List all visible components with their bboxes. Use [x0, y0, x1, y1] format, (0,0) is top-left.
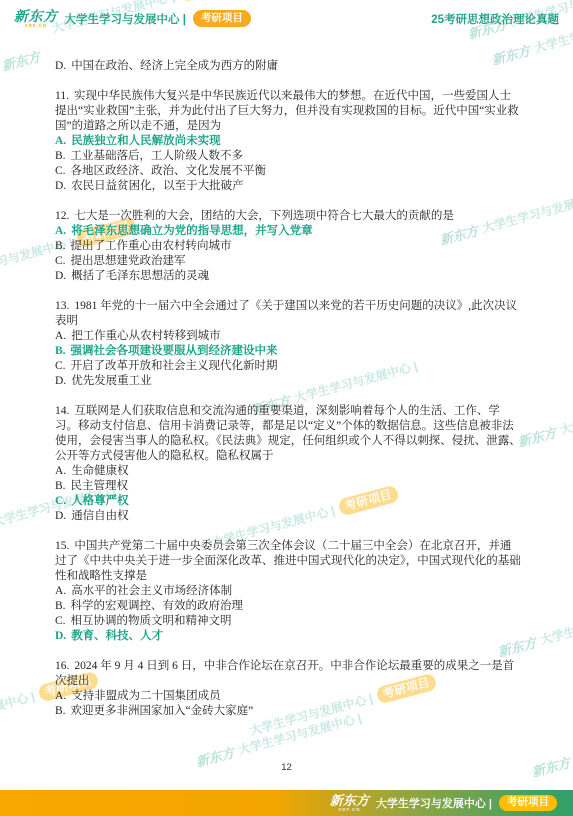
watermark-logo: 新东方 — [516, 422, 559, 450]
question-stem: 11.实现中华民族伟大复兴是中华民族近代以来最伟大的梦想。在近代中国，一些爱国人… — [55, 89, 521, 134]
question-stem: 15.中国共产党第二十届中央委员会第三次全体会议（二十届三中全会）在北京召开，并… — [55, 539, 521, 584]
option-label: D. — [55, 630, 66, 642]
option-text: 欢迎更多非洲国家加入“金砖大家庭” — [71, 705, 254, 717]
option-text: 农民日益贫困化，以至于大批破产 — [71, 180, 244, 192]
option-row: D.优先发展重工业 — [55, 374, 521, 389]
option-row: B.欢迎更多非洲国家加入“金砖大家庭” — [55, 704, 521, 719]
question-text: 互联网是人们获取信息和交流沟通的重要渠道，深刻影响着每个人的生活、工作、学习。移… — [55, 405, 521, 462]
option-row: D.概括了毛泽东思想活的灵魂 — [55, 269, 521, 284]
question-stem: 12.七大是一次胜利的大会，团结的大会，下列选项中符合七大最大的贡献的是 — [55, 209, 521, 224]
question-number: 11. — [55, 90, 69, 102]
question-text: 七大是一次胜利的大会，团结的大会，下列选项中符合七大最大的贡献的是 — [74, 210, 454, 222]
option-text: 开启了改革开放和社会主义现代化新时期 — [71, 360, 278, 372]
option-row: C.开启了改革开放和社会主义现代化新时期 — [55, 359, 521, 374]
watermark-text: 大学生学习与发展中心 | — [558, 389, 573, 438]
option-text: 工业基础落后，工人阶级人数不多 — [71, 150, 244, 162]
option-row: D.中国在政治、经济上完全成为西方的附庸 — [55, 59, 521, 74]
org-label: 大学生学习与发展中心 | — [376, 795, 492, 811]
xdf-logo-subtext: XDF.CN — [25, 24, 47, 29]
option-label: D. — [55, 375, 66, 387]
option-row-answer: C.人格尊严权 — [55, 494, 521, 509]
option-row: C.相互协调的物质文明和精神文明 — [55, 614, 521, 629]
question-number: 16. — [55, 660, 69, 672]
option-label: B. — [55, 150, 66, 162]
xdf-logo-subtext: XDF.CN — [338, 808, 360, 813]
option-text: 通信自由权 — [71, 510, 129, 522]
option-label: A. — [55, 585, 66, 597]
question-stem: 14.互联网是人们获取信息和交流沟通的重要渠道，深刻影响着每个人的生活、工作、学… — [55, 404, 521, 464]
option-label: A. — [55, 135, 66, 147]
option-row-answer: A.将毛泽东思想确立为党的指导思想，并写入党章 — [55, 224, 521, 239]
option-row: B.工业基础落后，工人阶级人数不多 — [55, 149, 521, 164]
option-text: 将毛泽东思想确立为党的指导思想，并写入党章 — [71, 225, 313, 237]
xdf-logo-text: 新东方 — [14, 9, 58, 23]
option-row: B.民主管理权 — [55, 479, 521, 494]
question-block-11: 11.实现中华民族伟大复兴是中华民族近代以来最伟大的梦想。在近代中国，一些爱国人… — [55, 89, 521, 194]
option-row: C.提出思想建党政治建军 — [55, 254, 521, 269]
header-title: 25考研思想政治理论真题 — [431, 11, 559, 27]
option-text: 高水平的社会主义市场经济体制 — [71, 585, 232, 597]
option-row: A.生命健康权 — [55, 464, 521, 479]
option-row-answer: B.强调社会各项建设要服从到经济建设中来 — [55, 344, 521, 359]
xdf-logo-text: 新东方 — [330, 794, 369, 807]
option-label: A. — [55, 330, 66, 342]
option-row-answer: D.教育、科技、人才 — [55, 629, 521, 644]
option-label: D. — [55, 270, 66, 282]
option-row: B.科学的宏观调控、有效的政府治理 — [55, 599, 521, 614]
option-text: 概括了毛泽东思想活的灵魂 — [71, 270, 209, 282]
option-label: D. — [55, 510, 66, 522]
question-text: 中国共产党第二十届中央委员会第三次全体会议（二十届三中全会）在北京召开，并通过了… — [55, 540, 521, 582]
question-text: 2024 年 9 月 4 日到 6 日，中非合作论坛在京召开。中非合作论坛最重要… — [55, 660, 514, 687]
option-text: 相互协调的物质文明和精神文明 — [71, 615, 232, 627]
kaoyan-badge: 考研项目 — [193, 10, 251, 27]
option-label: A. — [55, 465, 66, 477]
option-label: C. — [55, 495, 66, 507]
page-header: 新东方 XDF.CN 大学生学习与发展中心 | 考研项目 25考研思想政治理论真… — [14, 9, 559, 29]
option-label: B. — [55, 345, 66, 357]
question-number: 13. — [55, 300, 69, 312]
watermark-text: 大学生学习与发展中心 | — [0, 687, 37, 736]
option-text: 民族独立和人民解放尚未实现 — [71, 135, 221, 147]
option-row: A.高水平的社会主义市场经济体制 — [55, 584, 521, 599]
question-number: 12. — [55, 210, 69, 222]
question-block-13: 13.1981 年党的十一届六中全会通过了《关于建国以来党的若干历史问题的决议》… — [55, 299, 521, 389]
watermark-text: 大学生学习与发展中心 | — [538, 599, 573, 648]
option-row: B.提出了工作重心由农村转向城市 — [55, 239, 521, 254]
question-block-15: 15.中国共产党第二十届中央委员会第三次全体会议（二十届三中全会）在北京召开，并… — [55, 539, 521, 644]
watermark: 新东方 — [0, 46, 42, 74]
question-text: 实现中华民族伟大复兴是中华民族近代以来最伟大的梦想。在近代中国，一些爱国人士提出… — [55, 90, 519, 132]
option-text: 各地区政经济、政治、文化发展不平衡 — [71, 165, 267, 177]
option-label: C. — [55, 615, 66, 627]
option-label: B. — [55, 480, 66, 492]
option-text: 中国在政治、经济上完全成为西方的附庸 — [71, 60, 278, 72]
option-text: 人格尊严权 — [71, 495, 129, 507]
option-text: 提出思想建党政治建军 — [71, 255, 186, 267]
watermark-badge: 考研项目 — [177, 0, 239, 3]
option-label: C. — [55, 360, 66, 372]
option-text: 优先发展重工业 — [71, 375, 152, 387]
page-footer: 新东方 XDF.CN 大学生学习与发展中心 | 考研项目 — [0, 790, 573, 816]
question-text: 1981 年党的十一届六中全会通过了《关于建国以来党的若干历史问题的决议》,此次… — [55, 300, 517, 327]
watermark-logo: 新东方 — [0, 46, 42, 74]
option-row: A.把工作重心从农村转移到城市 — [55, 329, 521, 344]
watermark: 新东方 大学生学习与发展中心 | — [516, 388, 573, 451]
option-text: 把工作重心从农村转移到城市 — [71, 330, 221, 342]
option-row-answer: A.民族独立和人民解放尚未实现 — [55, 134, 521, 149]
option-label: B. — [55, 240, 66, 252]
question-block-16: 16.2024 年 9 月 4 日到 6 日，中非合作论坛在京召开。中非合作论坛… — [55, 659, 521, 719]
question-block-12: 12.七大是一次胜利的大会，团结的大会，下列选项中符合七大最大的贡献的是 A.将… — [55, 209, 521, 284]
question-stem: 16.2024 年 9 月 4 日到 6 日，中非合作论坛在京召开。中非合作论坛… — [55, 659, 521, 689]
option-text: 民主管理权 — [71, 480, 129, 492]
option-text: 强调社会各项建设要服从到经济建设中来 — [71, 345, 278, 357]
option-text: 生命健康权 — [71, 465, 129, 477]
option-row: C.各地区政经济、政治、文化发展不平衡 — [55, 164, 521, 179]
option-label: D. — [55, 60, 66, 72]
question-stem: 13.1981 年党的十一届六中全会通过了《关于建国以来党的若干历史问题的决议》… — [55, 299, 521, 329]
kaoyan-badge: 考研项目 — [499, 795, 557, 812]
option-text: 教育、科技、人才 — [71, 630, 163, 642]
question-number: 14. — [55, 405, 69, 417]
option-row: D.通信自由权 — [55, 509, 521, 524]
option-label: B. — [55, 600, 66, 612]
option-label: D. — [55, 180, 66, 192]
option-label: A. — [55, 225, 66, 237]
option-label: C. — [55, 255, 66, 267]
page-number: 12 — [0, 762, 573, 773]
option-label: C. — [55, 165, 66, 177]
option-text: 科学的宏观调控、有效的政府治理 — [71, 600, 244, 612]
exam-content: D.中国在政治、经济上完全成为西方的附庸 11.实现中华民族伟大复兴是中华民族近… — [55, 59, 521, 734]
header-brand: 新东方 XDF.CN 大学生学习与发展中心 | 考研项目 — [14, 9, 251, 29]
question-number: 15. — [55, 540, 69, 552]
option-label: A. — [55, 690, 66, 702]
document-page: 大学生学习与发展中心 | 考研项目 新东方 大学生学习与发展中心 | 考研项目 … — [0, 0, 573, 816]
xdf-logo-footer: 新东方 XDF.CN — [330, 794, 369, 813]
question-block-14: 14.互联网是人们获取信息和交流沟通的重要渠道，深刻影响着每个人的生活、工作、学… — [55, 404, 521, 524]
option-text: 提出了工作重心由农村转向城市 — [71, 240, 232, 252]
option-row: D.农民日益贫困化，以至于大批破产 — [55, 179, 521, 194]
option-label: B. — [55, 705, 66, 717]
xdf-logo: 新东方 XDF.CN — [14, 9, 58, 29]
option-row: A.支持非盟成为二十国集团成员 — [55, 689, 521, 704]
carryover-option-block: D.中国在政治、经济上完全成为西方的附庸 — [55, 59, 521, 74]
org-label: 大学生学习与发展中心 | — [65, 11, 186, 27]
option-text: 支持非盟成为二十国集团成员 — [71, 690, 221, 702]
